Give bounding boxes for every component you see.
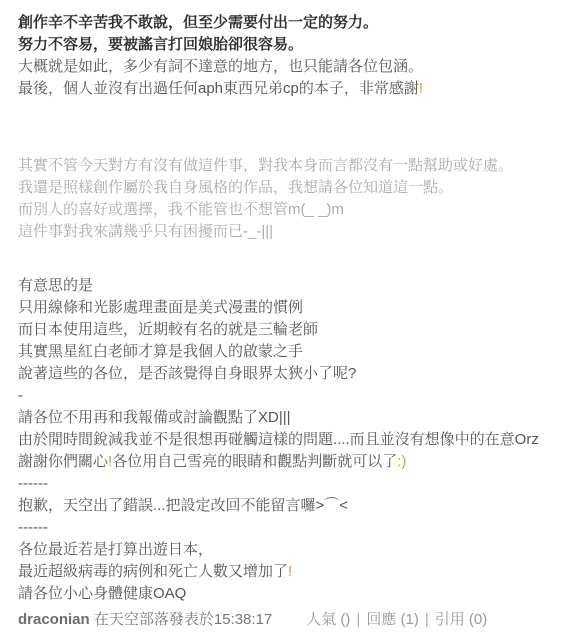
smiley-accent: :): [397, 453, 406, 470]
exclamation-accent: !: [288, 563, 292, 580]
replies-link[interactable]: 回應 (1): [366, 611, 419, 628]
intro-line-text: 最後，個人並沒有出過任何aph東西兄弟cp的本子，非常感謝: [18, 80, 419, 97]
aside-line: 而別人的喜好或選擇，我不能管也不想管m(_ _)m: [18, 199, 554, 221]
body-line-text: 各位用自己雪亮的眼睛和觀點判斷就可以了: [112, 453, 397, 470]
aside-line: 我還是照樣創作屬於我自身風格的作品，我想請各位知道這一點。: [18, 177, 554, 199]
body-line: 最近超級病毒的病例和死亡人數又增加了!: [18, 561, 554, 583]
separator-dash-line: -: [18, 385, 554, 407]
intro-line: 最後，個人並沒有出過任何aph東西兄弟cp的本子，非常感謝!: [18, 78, 554, 100]
pipe-divider: |: [425, 611, 429, 628]
body-line: 請各位不用再和我報備或討論觀點了XD|||: [18, 407, 554, 429]
post-body-section: 有意思的是 只用線條和光影處理畫面是美式漫畫的慣例 而日本使用這些，近期較有名的…: [18, 275, 554, 605]
author-link[interactable]: draconian: [18, 611, 90, 628]
body-line: 有意思的是: [18, 275, 554, 297]
posted-timestamp: 在天空部落發表於15:38:17: [94, 611, 272, 628]
intro-emphasis-line: 創作辛不辛苦我不敢說，但至少需要付出一定的努力。: [18, 12, 554, 34]
body-line-text: 最近超級病毒的病例和死亡人數又增加了: [18, 563, 288, 580]
body-line-text: 謝謝你們關心: [18, 453, 108, 470]
post-content: 創作辛不辛苦我不敢說，但至少需要付出一定的努力。 努力不容易，要被謠言打回娘胎卻…: [0, 0, 566, 605]
body-line: 各位最近若是打算出遊日本，: [18, 539, 554, 561]
views-count: 人氣 (): [306, 611, 350, 628]
exclamation-accent: !: [419, 80, 423, 97]
body-line: 而日本使用這些，近期較有名的就是三輪老師: [18, 319, 554, 341]
post-intro-section: 創作辛不辛苦我不敢說，但至少需要付出一定的努力。 努力不容易，要被謠言打回娘胎卻…: [18, 12, 554, 100]
trackbacks-link[interactable]: 引用 (0): [435, 611, 488, 628]
post-footer-byline: draconian 在天空部落發表於15:38:17人氣 ()|回應 (1)|引…: [0, 609, 566, 631]
separator-dash-line: ------: [18, 473, 554, 495]
aside-line: 這件事對我來講幾乎只有困擾而已-_-|||: [18, 221, 554, 243]
body-line: 說著這些的各位，是否該覺得自身眼界太狹小了呢?: [18, 363, 554, 385]
separator-dash-line: ------: [18, 517, 554, 539]
intro-emphasis-line: 努力不容易，要被謠言打回娘胎卻很容易。: [18, 34, 554, 56]
body-line: 謝謝你們關心!各位用自己雪亮的眼睛和觀點判斷就可以了:): [18, 451, 554, 473]
aside-line: 其實不管今天對方有沒有做這件事，對我本身而言都沒有一點幫助或好處。: [18, 155, 554, 177]
intro-line: 大概就是如此，多少有詞不達意的地方，也只能請各位包涵。: [18, 56, 554, 78]
pipe-divider: |: [356, 611, 360, 628]
body-line: 由於閒時間銳減我並不是很想再碰觸這樣的問題....而且並沒有想像中的在意Orz: [18, 429, 554, 451]
body-line: 請各位小心身體健康OAQ: [18, 583, 554, 605]
body-line: 其實黑星紅白老師才算是我個人的啟蒙之手: [18, 341, 554, 363]
body-line: 抱歉，天空出了錯誤...把設定改回不能留言囉>⌒<: [18, 495, 554, 517]
post-stats: 人氣 ()|回應 (1)|引用 (0): [306, 611, 487, 628]
post-aside-section: 其實不管今天對方有沒有做這件事，對我本身而言都沒有一點幫助或好處。 我還是照樣創…: [18, 155, 554, 243]
body-line: 只用線條和光影處理畫面是美式漫畫的慣例: [18, 297, 554, 319]
